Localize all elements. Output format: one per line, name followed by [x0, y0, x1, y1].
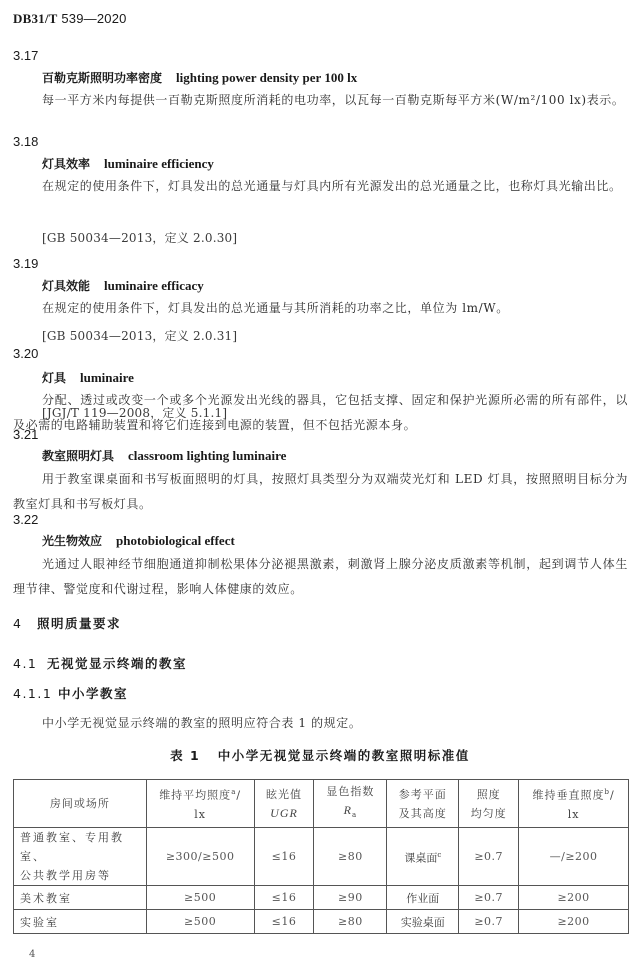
- section-4-1-1-text: 中小学无视觉显示终端的教室的照明应符合表 1 的规定。: [13, 711, 628, 736]
- section-heading-4-1-1: 4.1.1中小学教室: [13, 684, 128, 702]
- section-heading-4-1: 4.1无视觉显示终端的教室: [13, 654, 187, 672]
- header-uniformity: 照度均匀度: [459, 780, 519, 828]
- term-zh: 灯具效能: [42, 279, 90, 293]
- cell-ra: ≥80: [314, 828, 387, 886]
- definition-text-3-19: 在规定的使用条件下，灯具发出的总光通量与其所消耗的功率之比，单位为 lm/W。: [13, 296, 628, 321]
- table-row: 美术教室 ≥500 ≤16 ≥90 作业面 ≥0.7 ≥200: [14, 886, 629, 910]
- cell-uniformity: ≥0.7: [459, 828, 519, 886]
- term-en: lighting power density per 100 lx: [176, 70, 357, 85]
- clause-number-3-21: 3.21: [13, 427, 38, 442]
- header-vertical-illuminance: 维持垂直照度b/lx: [519, 780, 629, 828]
- standard-prefix: DB31/T: [13, 11, 58, 26]
- reference-3-20: [JGJ/T 119—2008，定义 5.1.1]: [42, 404, 227, 421]
- section-title: 照明质量要求: [37, 616, 121, 631]
- cell-vertical: ≥200: [519, 886, 629, 910]
- term-zh: 教室照明灯具: [42, 449, 114, 463]
- term-zh: 灯具效率: [42, 157, 90, 171]
- cell-vertical: ≥200: [519, 910, 629, 934]
- table-caption: 表 1 中小学无视觉显示终端的教室照明标准值: [0, 746, 640, 764]
- table-title: 中小学无视觉显示终端的教室照明标准值: [218, 748, 470, 763]
- cell-vertical: —/≥200: [519, 828, 629, 886]
- cell-ra: ≥80: [314, 910, 387, 934]
- cell-ugr: ≤16: [254, 828, 314, 886]
- section-number: 4: [13, 616, 37, 631]
- table-row: 实验室 ≥500 ≤16 ≥80 实验桌面 ≥0.7 ≥200: [14, 910, 629, 934]
- definition-text-3-22: 光通过人眼神经节细胞通道抑制松果体分泌褪黑激素，刺激肾上腺分泌皮质激素等机制，起…: [13, 552, 628, 601]
- cell-uniformity: ≥0.7: [459, 886, 519, 910]
- term-en: luminaire efficiency: [104, 156, 214, 171]
- standard-number: 539—2020: [61, 11, 126, 26]
- term-zh: 光生物效应: [42, 534, 102, 548]
- cell-illuminance: ≥500: [146, 886, 254, 910]
- clause-number-3-22: 3.22: [13, 512, 38, 527]
- reference-3-19: [GB 50034—2013，定义 2.0.31]: [42, 327, 237, 344]
- section-heading-4: 4照明质量要求: [13, 614, 121, 632]
- cell-room: 美术教室: [14, 886, 147, 910]
- header-reference-plane: 参考平面及其高度: [387, 780, 459, 828]
- cell-room: 普通教室、专用教室、公共教学用房等: [14, 828, 147, 886]
- section-title: 无视觉显示终端的教室: [47, 656, 187, 671]
- clause-number-3-18: 3.18: [13, 134, 38, 149]
- definition-text-3-18: 在规定的使用条件下，灯具发出的总光通量与灯具内所有光源发出的总光通量之比，也称灯…: [13, 174, 628, 199]
- term-3-17: 百勒克斯照明功率密度lighting power density per 100…: [42, 69, 357, 86]
- standard-code-header: DB31/T 539—2020: [13, 11, 127, 27]
- definition-text-3-21: 用于教室课桌面和书写板面照明的灯具，按照灯具类型分为双端荧光灯和 LED 灯具，…: [13, 467, 628, 516]
- term-en: photobiological effect: [116, 533, 235, 548]
- term-en: luminaire: [80, 370, 134, 385]
- term-3-19: 灯具效能luminaire efficacy: [42, 277, 204, 294]
- clause-number-3-19: 3.19: [13, 256, 38, 271]
- term-zh: 灯具: [42, 371, 66, 385]
- cell-room: 实验室: [14, 910, 147, 934]
- cell-ugr: ≤16: [254, 886, 314, 910]
- header-ugr: 眩光值UGR: [254, 780, 314, 828]
- cell-illuminance: ≥300/≥500: [146, 828, 254, 886]
- section-number: 4.1: [13, 656, 47, 671]
- cell-uniformity: ≥0.7: [459, 910, 519, 934]
- term-en: classroom lighting luminaire: [128, 448, 286, 463]
- clause-number-3-20: 3.20: [13, 346, 38, 361]
- cell-plane: 课桌面c: [387, 828, 459, 886]
- page-number: 4: [29, 949, 35, 960]
- cell-plane: 作业面: [387, 886, 459, 910]
- definition-text-3-17: 每一平方米内每提供一百勒克斯照度所消耗的电功率，以瓦每一百勒克斯每平方米(W/m…: [13, 88, 628, 113]
- cell-illuminance: ≥500: [146, 910, 254, 934]
- term-3-21: 教室照明灯具classroom lighting luminaire: [42, 447, 286, 464]
- header-color-rendering: 显色指数Ra: [314, 780, 387, 828]
- table-header-row: 房间或场所 维持平均照度a/lx 眩光值UGR 显色指数Ra 参考平面及其高度 …: [14, 780, 629, 828]
- section-title: 中小学教室: [58, 686, 128, 701]
- header-room: 房间或场所: [14, 780, 147, 828]
- term-en: luminaire efficacy: [104, 278, 204, 293]
- cell-ra: ≥90: [314, 886, 387, 910]
- table-number: 表 1: [170, 748, 200, 763]
- clause-number-3-17: 3.17: [13, 48, 38, 63]
- section-number: 4.1.1: [13, 686, 58, 701]
- term-3-18: 灯具效率luminaire efficiency: [42, 155, 214, 172]
- term-3-22: 光生物效应photobiological effect: [42, 532, 235, 549]
- table-row: 普通教室、专用教室、公共教学用房等 ≥300/≥500 ≤16 ≥80 课桌面c…: [14, 828, 629, 886]
- reference-3-18: [GB 50034—2013，定义 2.0.30]: [42, 229, 237, 246]
- header-avg-illuminance: 维持平均照度a/lx: [146, 780, 254, 828]
- cell-plane: 实验桌面: [387, 910, 459, 934]
- lighting-standard-table: 房间或场所 维持平均照度a/lx 眩光值UGR 显色指数Ra 参考平面及其高度 …: [13, 779, 629, 934]
- cell-ugr: ≤16: [254, 910, 314, 934]
- term-zh: 百勒克斯照明功率密度: [42, 71, 162, 85]
- term-3-20: 灯具luminaire: [42, 369, 134, 386]
